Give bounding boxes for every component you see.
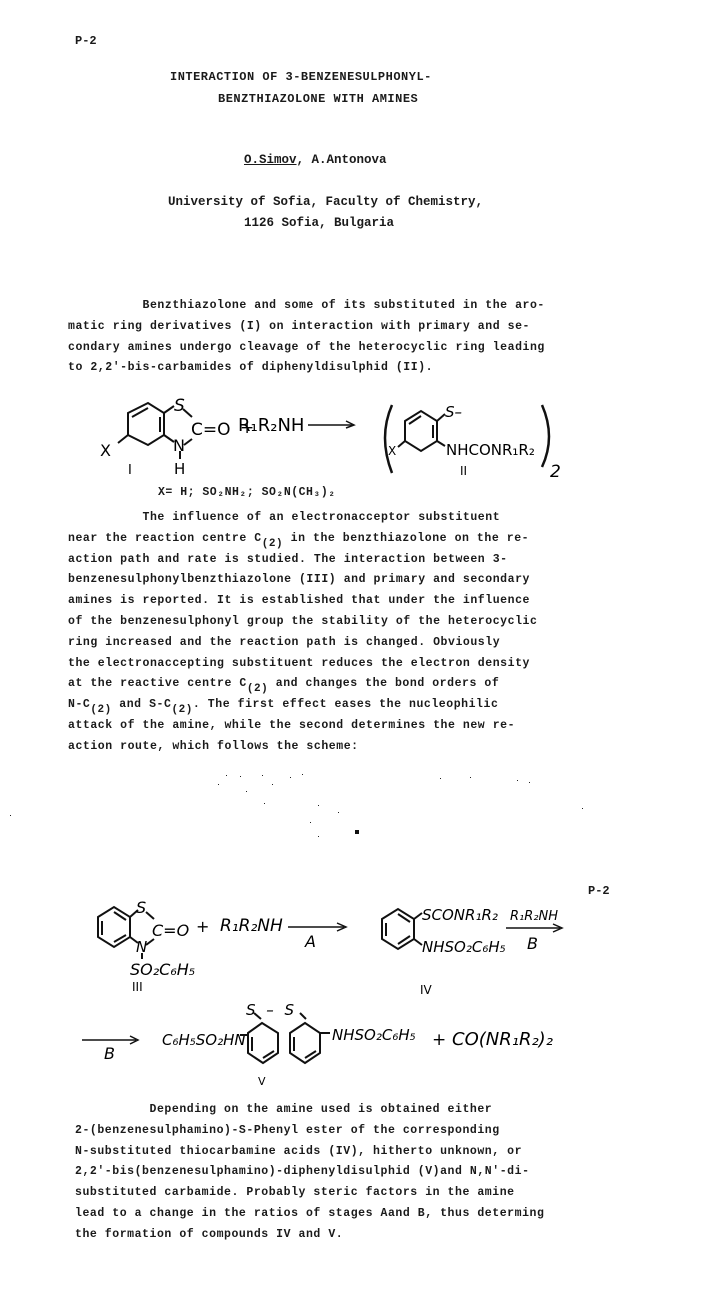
text-line: the formation of compounds IV and V. <box>75 1225 544 1246</box>
compound-V-rings <box>240 1013 330 1063</box>
product-substituent-x: X <box>388 444 396 458</box>
compound-IV-structure <box>382 909 422 949</box>
product-sulfur: S– <box>445 403 462 421</box>
compound-label-II: II <box>460 464 467 478</box>
text-run: at the reactive centre C <box>68 677 247 690</box>
reaction-scheme-1: S C=O N H X I + R₁R₂NH S– NHCONR₁R₂ X II… <box>90 395 590 490</box>
text-run: near the reaction centre C <box>68 532 262 545</box>
compound-V-left-group: C₆H₅SO₂HN <box>162 1031 246 1049</box>
substituent-definition: X= H; SO₂NH₂; SO₂N(CH₃)₂ <box>158 486 336 499</box>
carbonyl-group: C=O <box>191 420 231 440</box>
scan-dot <box>355 830 359 834</box>
close-bracket <box>542 405 549 467</box>
text-line: N-substituted thiocarbamine acids (IV), … <box>75 1142 544 1163</box>
arrow-B2-label: B <box>104 1044 115 1063</box>
affiliation-line-1: University of Sofia, Faculty of Chemistr… <box>168 195 483 209</box>
text-line: Depending on the amine used is obtained … <box>75 1100 544 1121</box>
subscript: (2) <box>171 704 192 716</box>
text-run: action path and rate is studied. The int… <box>68 553 508 566</box>
text-line: N-C(2) and S-C(2). The first effect ease… <box>68 695 537 716</box>
plus-sign-3: + <box>432 1030 446 1050</box>
text-run: in the benzthiazolone on the re- <box>283 532 529 545</box>
paragraph-discussion: The influence of an electronacceptor sub… <box>68 508 537 758</box>
authors: O.Simov, A.Antonova <box>244 153 387 167</box>
text-run: ring increased and the reaction path is … <box>68 636 500 649</box>
arrow-B-reagent: R₁R₂NH <box>510 909 558 924</box>
text-line: matic ring derivatives (I) on interactio… <box>68 317 545 338</box>
text-run: of the benzenesulphonyl group the stabil… <box>68 615 537 628</box>
text-line: 2,2'-bis(benzenesulphamino)-diphenyldisu… <box>75 1162 544 1183</box>
text-line: benzenesulphonylbenzthiazolone (III) and… <box>68 570 537 591</box>
reaction-scheme-2: S C=O N SO₂C₆H₅ III + R₁R₂NH A SCONR₁R₂ … <box>80 895 640 1100</box>
text-line: to 2,2'-bis-carbamides of diphenyldisulp… <box>68 358 545 379</box>
text-run: The influence of an electronacceptor sub… <box>68 511 500 524</box>
text-line: The influence of an electronacceptor sub… <box>68 508 537 529</box>
substituent-x: X <box>100 441 111 460</box>
compound-label-V: V <box>258 1075 266 1088</box>
plus-sign-2: + <box>196 917 209 936</box>
paragraph-conclusion: Depending on the amine used is obtained … <box>75 1100 544 1246</box>
text-line: action path and rate is studied. The int… <box>68 550 537 571</box>
subscript: (2) <box>247 683 268 695</box>
open-bracket <box>385 405 392 473</box>
text-run: amines is reported. It is established th… <box>68 594 530 607</box>
text-line: near the reaction centre C(2) in the ben… <box>68 529 537 550</box>
paper-title-line-2: BENZTHIAZOLONE WITH AMINES <box>218 92 418 106</box>
compound-IV-bottom-group: NHSO₂C₆H₅ <box>422 938 506 956</box>
compound-IV-top-group: SCONR₁R₂ <box>422 906 498 924</box>
text-run: N-C <box>68 698 90 711</box>
subscript: (2) <box>262 538 283 550</box>
paper-title-line-1: INTERACTION OF 3-BENZENESULPHONYL- <box>170 70 432 84</box>
text-run: . The first effect eases the nucleophili… <box>193 698 499 711</box>
hydrogen-atom: H <box>174 460 185 478</box>
arrow-A-label: A <box>304 932 316 951</box>
dimer-subscript: 2 <box>550 462 561 482</box>
text-line: the electronaccepting substituent reduce… <box>68 654 537 675</box>
carbamide-byproduct: CO(NR₁R₂)₂ <box>452 1029 553 1050</box>
text-run: benzenesulphonylbenzthiazolone (III) and… <box>68 573 530 586</box>
text-line: of the benzenesulphonyl group the stabil… <box>68 612 537 633</box>
compound-III-carbonyl: C=O <box>152 921 189 940</box>
page-marker-top: P-2 <box>75 34 97 48</box>
arrow-B-label: B <box>527 934 538 953</box>
nitrogen-atom: N <box>173 436 185 455</box>
compound-III-substituent: SO₂C₆H₅ <box>130 960 195 979</box>
amine-reagent: R₁R₂NH <box>238 415 304 436</box>
text-run: the electronaccepting substituent reduce… <box>68 657 530 670</box>
text-run: attack of the amine, while the second de… <box>68 719 515 732</box>
text-line: Benzthiazolone and some of its substitut… <box>68 296 545 317</box>
product-ring <box>398 411 445 451</box>
disulfide-bridge: S – S <box>246 1001 297 1019</box>
sulfur-atom: S <box>174 396 185 416</box>
text-line: attack of the amine, while the second de… <box>68 716 537 737</box>
amine-reagent-2: R₁R₂NH <box>220 916 283 936</box>
text-line: lead to a change in the ratios of stages… <box>75 1204 544 1225</box>
text-line: condary amines undergo cleavage of the h… <box>68 338 545 359</box>
compound-III-nitrogen: N <box>136 938 147 956</box>
text-line: ring increased and the reaction path is … <box>68 633 537 654</box>
compound-V-right-group: NHSO₂C₆H₅ <box>332 1026 416 1044</box>
presenting-author: O.Simov <box>244 153 297 167</box>
text-line: action route, which follows the scheme: <box>68 737 537 758</box>
paragraph-intro: Benzthiazolone and some of its substitut… <box>68 296 545 379</box>
text-run: and S-C <box>112 698 172 711</box>
co-authors: , A.Antonova <box>297 153 387 167</box>
text-line: at the reactive centre C(2) and changes … <box>68 674 537 695</box>
compound-label-I: I <box>128 463 132 478</box>
text-run: action route, which follows the scheme: <box>68 740 359 753</box>
subscript: (2) <box>90 704 111 716</box>
product-carbamide-group: NHCONR₁R₂ <box>446 441 535 459</box>
affiliation-line-2: 1126 Sofia, Bulgaria <box>244 216 394 230</box>
compound-label-IV: IV <box>420 983 433 997</box>
compound-III-sulfur: S <box>136 898 146 917</box>
text-line: 2-(benzenesulphamino)-S-Phenyl ester of … <box>75 1121 544 1142</box>
text-line: amines is reported. It is established th… <box>68 591 537 612</box>
text-line: substituted carbamide. Probably steric f… <box>75 1183 544 1204</box>
text-run: and changes the bond orders of <box>268 677 499 690</box>
compound-label-III: III <box>132 980 143 994</box>
